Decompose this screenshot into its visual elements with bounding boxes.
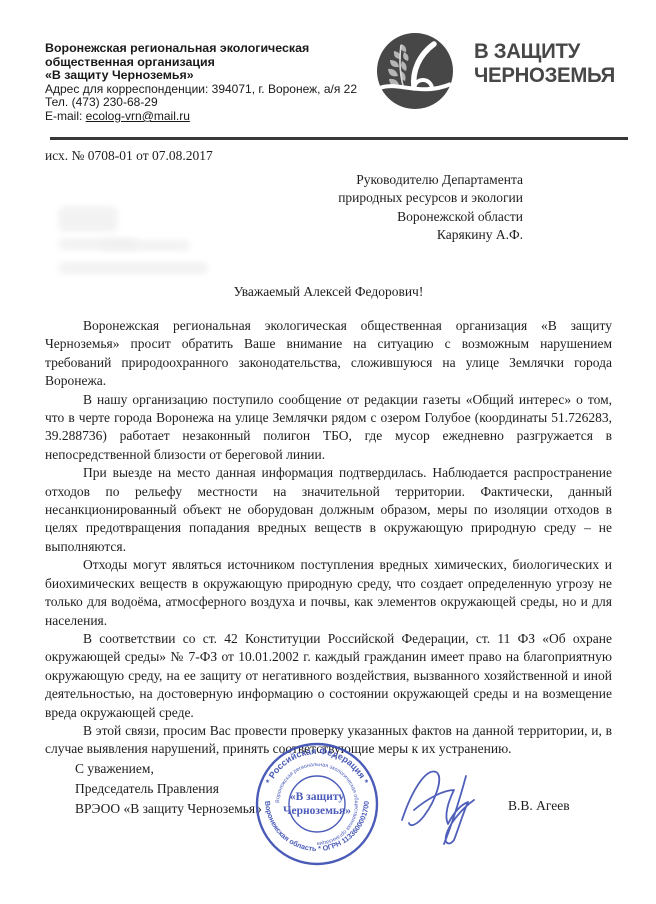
addressee-line: Руководителю Департамента xyxy=(338,171,523,189)
org-phone: Тел. (473) 230-68-29 xyxy=(45,96,375,110)
faded-mark xyxy=(58,206,118,232)
org-name-line: «В защиту Черноземья» xyxy=(45,69,375,83)
paragraph: В нашу организацию поступило сообщение о… xyxy=(45,391,612,465)
signer-name: В.В. Агеев xyxy=(508,798,570,814)
logo-wordmark: В ЗАЩИТУ ЧЕРНОЗЕМЬЯ xyxy=(474,40,615,88)
addressee-line: Воронежской области xyxy=(338,208,523,226)
addressee-block: Руководителю Департамента природных ресу… xyxy=(338,171,523,245)
outgoing-reference: исх. № 0708-01 от 07.08.2017 xyxy=(45,148,213,164)
addressee-line: природных ресурсов и экологии xyxy=(338,189,523,207)
signoff-line: С уважением, xyxy=(75,759,262,779)
org-name-line: общественная организация xyxy=(45,56,375,70)
logo-wordmark-line1: В ЗАЩИТУ xyxy=(474,40,615,64)
paragraph: В соответствии со ст. 42 Конституции Рос… xyxy=(45,630,612,722)
stamp-center-line1: «В защиту xyxy=(290,791,344,803)
letterhead-divider xyxy=(50,137,628,140)
paragraph: Воронежская региональная экологическая о… xyxy=(45,317,612,391)
faded-mark xyxy=(58,262,208,274)
paragraph: При выезде на место данная информация по… xyxy=(45,464,612,556)
signoff-line: Председатель Правления xyxy=(75,779,262,799)
signoff-block: С уважением, Председатель Правления ВРЭО… xyxy=(75,759,262,819)
letterhead: Воронежская региональная экологическая о… xyxy=(45,42,375,124)
handwritten-signature xyxy=(396,760,506,848)
org-email-line: E-mail: ecolog-vrn@mail.ru xyxy=(45,110,375,124)
salutation: Уважаемый Алексей Федорович! xyxy=(45,284,612,300)
email-label: E-mail: xyxy=(45,109,86,123)
stamp-center-line2: Черноземья» xyxy=(283,805,351,817)
paragraph: Отходы могут являться источником поступл… xyxy=(45,556,612,630)
letter-body: Воронежская региональная экологическая о… xyxy=(45,317,612,759)
faded-mark xyxy=(100,240,190,251)
org-logo-icon xyxy=(374,31,456,111)
org-address: Адрес для корреспонденции: 394071, г. Во… xyxy=(45,83,375,97)
email-address: ecolog-vrn@mail.ru xyxy=(86,109,190,123)
org-stamp: * Российская Федерация * Воронежская обл… xyxy=(252,739,382,869)
org-name-line: Воронежская региональная экологическая xyxy=(45,42,375,56)
signoff-line: ВРЭОО «В защиту Черноземья» xyxy=(75,799,262,819)
logo-wordmark-line2: ЧЕРНОЗЕМЬЯ xyxy=(474,64,615,88)
addressee-line: Карякину А.Ф. xyxy=(338,226,523,244)
letter-page: Воронежская региональная экологическая о… xyxy=(0,0,656,904)
